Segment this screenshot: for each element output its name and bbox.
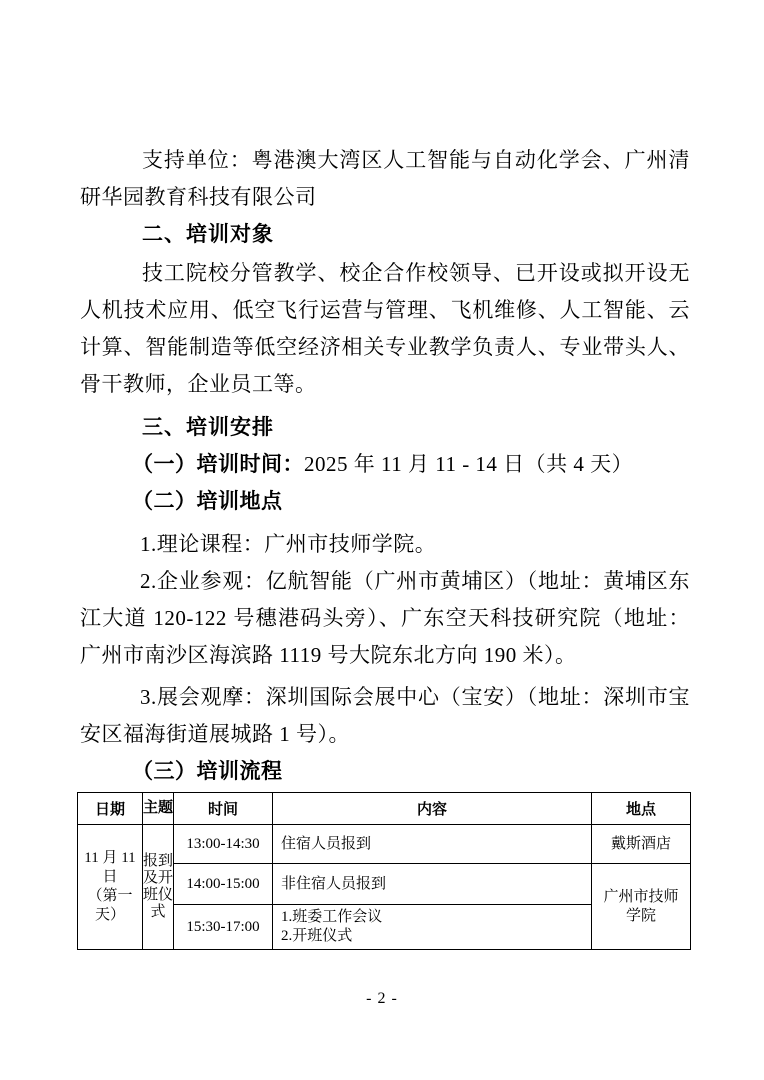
- table-header-row: 日期 主题 时间 内容 地点: [78, 793, 691, 825]
- cell-content-2: 非住宿人员报到: [273, 864, 592, 905]
- document-content: 支持单位：粤港澳大湾区人工智能与自动化学会、广州清研华园教育科技有限公司 二、培…: [0, 0, 764, 950]
- table-row: 11 月 11 日 （第一天） 报到及开班仪式 13:00-14:30 住宿人员…: [78, 825, 691, 864]
- header-content: 内容: [273, 793, 592, 825]
- cell-content-1: 住宿人员报到: [273, 825, 592, 864]
- heading-training-targets: 二、培训对象: [80, 216, 690, 253]
- header-theme: 主题: [143, 793, 174, 825]
- training-schedule-table: 日期 主题 时间 内容 地点 11 月 11 日 （第一天） 报到及开班仪式 1…: [77, 792, 691, 950]
- training-time-value: 2025 年 11 月 11 - 14 日（共 4 天）: [304, 452, 633, 476]
- location-item-company-visit: 2.企业参观：亿航智能（广州市黄埔区）（地址：黄埔区东江大道 120-122 号…: [80, 563, 690, 674]
- cell-time-1: 13:00-14:30: [174, 825, 273, 864]
- header-location: 地点: [592, 793, 691, 825]
- heading-training-process: （三）培训流程: [80, 753, 690, 790]
- heading-training-arrangement: 三、培训安排: [80, 409, 690, 446]
- training-time-label: （一）培训时间：: [132, 452, 304, 476]
- document-page: 支持单位：粤港澳大湾区人工智能与自动化学会、广州清研华园教育科技有限公司 二、培…: [0, 0, 764, 1080]
- page-number: - 2 -: [0, 990, 764, 1008]
- cell-content-3: 1.班委工作会议 2.开班仪式: [273, 905, 592, 950]
- cell-time-3: 15:30-17:00: [174, 905, 273, 950]
- cell-theme-day1: 报到及开班仪式: [143, 825, 174, 950]
- location-item-theory: 1.理论课程：广州市技师学院。: [80, 526, 690, 563]
- line-training-time: （一）培训时间：2025 年 11 月 11 - 14 日（共 4 天）: [80, 446, 690, 483]
- cell-location-1: 戴斯酒店: [592, 825, 691, 864]
- header-time: 时间: [174, 793, 273, 825]
- cell-time-2: 14:00-15:00: [174, 864, 273, 905]
- cell-location-merged: 广州市技师学院: [592, 864, 691, 950]
- header-date: 日期: [78, 793, 143, 825]
- location-item-exhibition: 3.展会观摩：深圳国际会展中心（宝安）（地址：深圳市宝安区福海街道展城路 1 号…: [80, 679, 690, 753]
- paragraph-support-units: 支持单位：粤港澳大湾区人工智能与自动化学会、广州清研华园教育科技有限公司: [80, 142, 690, 216]
- cell-date-day1: 11 月 11 日 （第一天）: [78, 825, 143, 950]
- paragraph-training-targets: 技工院校分管教学、校企合作校领导、已开设或拟开设无人机技术应用、低空飞行运营与管…: [80, 255, 690, 403]
- heading-training-location: （二）培训地点: [80, 483, 690, 520]
